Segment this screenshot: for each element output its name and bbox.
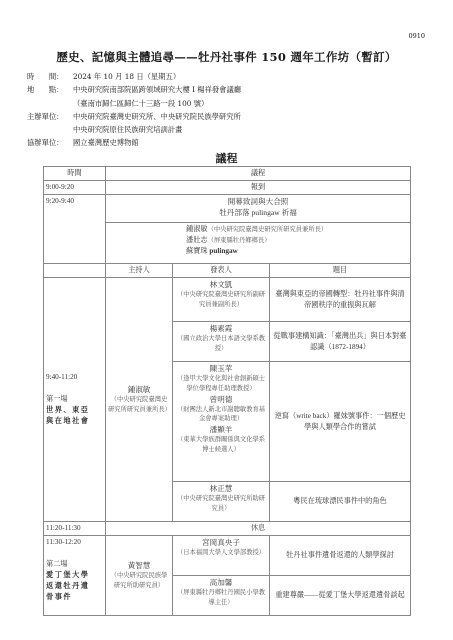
header-time: 時間: [44, 167, 106, 181]
time-cell: 9:00-9:20: [44, 181, 106, 195]
session2-host-cell: 黃智慧 （中央研究院民族學研究所助研究員）: [106, 536, 173, 616]
time-cell: 11:20-11:30: [44, 522, 106, 536]
info-value: 中央研究院原住民族研究培訓計畫: [73, 123, 182, 136]
info-value: 國立臺灣歷史博物館: [73, 136, 139, 149]
session1-time-cell: 9:40-11:20 第一場 世界、東亞 與在地社會: [44, 278, 106, 522]
event-info: 時 間： 2024 年 10 月 18 日（星期五） 地 點： 中央研究院南部院…: [27, 70, 241, 150]
topic-cell: 粵民在琉球漂民事件中的角色: [270, 482, 411, 522]
presenter-cell: 高加馨 （屏東縣牡丹鄉牡丹國民小學教導主任）: [173, 576, 270, 616]
subheader-presenter: 發表人: [173, 264, 270, 278]
topic-cell: 重建尊嚴——從愛丁堡大學返還遺骨談起: [270, 576, 411, 616]
presenter-cell: 林正慧 （中央研究院臺灣史研究所助研究員）: [173, 482, 270, 522]
info-value: 中央研究院南部院區跨領域研究大樓 I 楊祥發會議廳: [73, 83, 241, 96]
info-label: 地 點：: [27, 83, 73, 96]
table-row-opening: 9:20-9:40 開幕致詞與大合照 牡丹部落 pulingaw 祈福: [44, 195, 411, 223]
info-time: 時 間： 2024 年 10 月 18 日（星期五）: [27, 70, 241, 83]
topic-cell: 臺灣與東亞的帝國轉型：牡丹社事件與清帝國秩序的重振與瓦解: [270, 278, 411, 322]
info-value: （臺南市歸仁區歸仁十三路一段 100 號）: [73, 97, 208, 110]
opening-cell: 開幕致詞與大合照 牡丹部落 pulingaw 祈福: [106, 195, 411, 223]
subheader-host: 主持人: [106, 264, 173, 278]
presenter-cell: 林文凱 （中央研究院臺灣史研究所副研究員兼副所長）: [173, 278, 270, 322]
agenda-table: 時間 議程 9:00-9:20 報到 9:20-9:40 開幕致詞與大合照 牡丹…: [43, 166, 411, 616]
info-label: 主辦單位：: [27, 110, 73, 123]
opening-speakers-cell: 鍾淑敏（中央研究院臺灣史研究所研究員兼所長） 潘壯志（屏東縣牡丹鄉鄉長） 蘇寶珠…: [106, 223, 411, 264]
schedule-title: 議程: [0, 150, 453, 166]
topic-cell: 逆寫（write back）羅妹號事件：一個歷史學與人類學合作的嘗試: [270, 362, 411, 482]
subheader-topic: 題目: [270, 264, 411, 278]
document-number: 0910: [408, 32, 425, 40]
session2-time-cell: 11:30-12:20 第二場 愛丁堡大學 返還牡丹遺 骨事件: [44, 536, 106, 616]
agenda-cell: 報到: [106, 181, 411, 195]
info-co-organizer: 協辦單位： 國立臺灣歷史博物館: [27, 136, 241, 149]
info-organizer: 主辦單位： 中央研究院臺灣史研究所、中央研究院民族學研究所: [27, 110, 241, 123]
info-label: 時 間：: [27, 70, 73, 83]
table-row-registration: 9:00-9:20 報到: [44, 181, 411, 195]
info-venue-address: （臺南市歸仁區歸仁十三路一段 100 號）: [27, 97, 241, 110]
session2-paper-1: 11:30-12:20 第二場 愛丁堡大學 返還牡丹遺 骨事件 黃智慧 （中央研…: [44, 536, 411, 576]
session1-paper-1: 9:40-11:20 第一場 世界、東亞 與在地社會 鍾淑敏 （中央研究院臺灣史…: [44, 278, 411, 322]
speaker: 鍾淑敏（中央研究院臺灣史研究所研究員兼所長）: [186, 224, 408, 235]
info-value: 2024 年 10 月 18 日（星期五）: [73, 70, 180, 83]
table-row-break: 11:20-11:30 休息: [44, 522, 411, 536]
info-label: 協辦單位：: [27, 136, 73, 149]
speaker: 潘壯志（屏東縣牡丹鄉鄉長）: [186, 235, 408, 246]
speaker: 蘇寶珠 pulingaw: [186, 246, 408, 257]
topic-cell: 從戰事建構知識：「臺灣出兵」與日本對臺認識（1872-1894）: [270, 322, 411, 362]
presenter-cell: 楊素霞 （國立政治大學日本語文學系教授）: [173, 322, 270, 362]
header-agenda: 議程: [106, 167, 411, 181]
agenda-cell: 休息: [106, 522, 411, 536]
table-subheader-row: 主持人 發表人 題目: [44, 264, 411, 278]
presenter-cell: 宮岡真央子 （日本福岡大學人文學部教授）: [173, 536, 270, 576]
time-cell: 9:20-9:40: [44, 195, 106, 264]
document-title: 歷史、記憶與主體追尋——牡丹社事件 150 週年工作坊（暫訂）: [0, 49, 453, 65]
topic-cell: 牡丹社事件遺骨返還的人類學探討: [270, 536, 411, 576]
info-venue: 地 點： 中央研究院南部院區跨領域研究大樓 I 楊祥發會議廳: [27, 83, 241, 96]
presenter-cell: 陳玉苹 （逢甲大學文化與社會創新碩士學位學程專任助理教授） 曾明德 （財團法人新…: [173, 362, 270, 482]
table-header-row: 時間 議程: [44, 167, 411, 181]
session1-host-cell: 鍾淑敏 （中央研究院臺灣史研究所研究員兼所長）: [106, 278, 173, 522]
info-organizer-2: 中央研究院原住民族研究培訓計畫: [27, 123, 241, 136]
info-value: 中央研究院臺灣史研究所、中央研究院民族學研究所: [73, 110, 241, 123]
